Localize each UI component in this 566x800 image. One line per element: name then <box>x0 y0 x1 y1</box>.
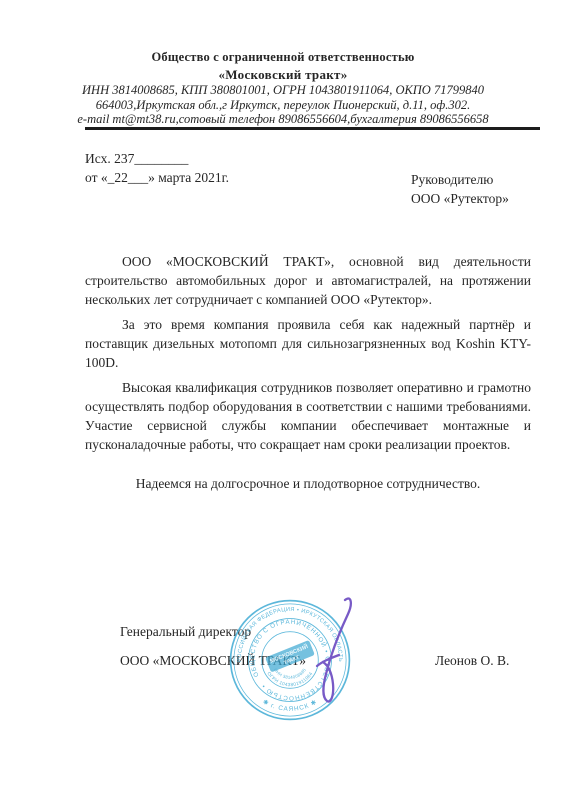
addressee-title: Руководителю <box>411 170 509 189</box>
letterhead-divider <box>85 127 540 130</box>
stamp-center-logo: МОСКОВСКИЙ ТРАКТ <box>265 640 315 673</box>
reference-block: Исх. 237________ от «_22___» марта 2021г… <box>85 150 229 187</box>
org-contacts: e-mail mt@mt38.ru,сотовый телефон 890865… <box>0 112 566 127</box>
body-paragraph: Высокая квалификация сотрудников позволя… <box>85 378 531 454</box>
signer-name: Леонов О. В. <box>435 653 509 669</box>
org-requisites: ИНН 3814008685, КПП 380801001, ОГРН 1043… <box>0 83 566 98</box>
letter-date: от «_22___» марта 2021г. <box>85 169 229 188</box>
letter-page: Общество с ограниченной ответственностью… <box>0 0 566 800</box>
addressee-block: Руководителю ООО «Рутектор» <box>411 170 509 208</box>
outgoing-number: Исх. 237________ <box>85 150 229 169</box>
org-type: Общество с ограниченной ответственностью <box>0 49 566 66</box>
addressee-company: ООО «Рутектор» <box>411 189 509 208</box>
org-name: «Московский тракт» <box>0 66 566 83</box>
letterhead: Общество с ограниченной ответственностью… <box>0 49 566 127</box>
body-paragraph: ООО «МОСКОВСКИЙ ТРАКТ», основной вид дея… <box>85 252 531 309</box>
closing-line: Надеемся на долгосрочное и плодотворное … <box>85 474 531 493</box>
letter-body: ООО «МОСКОВСКИЙ ТРАКТ», основной вид дея… <box>85 252 531 493</box>
org-address: 664003,Иркутская обл.,г Иркутск, переуло… <box>0 98 566 113</box>
body-paragraph: За это время компания проявила себя как … <box>85 315 531 372</box>
handwritten-signature-icon <box>310 594 358 712</box>
